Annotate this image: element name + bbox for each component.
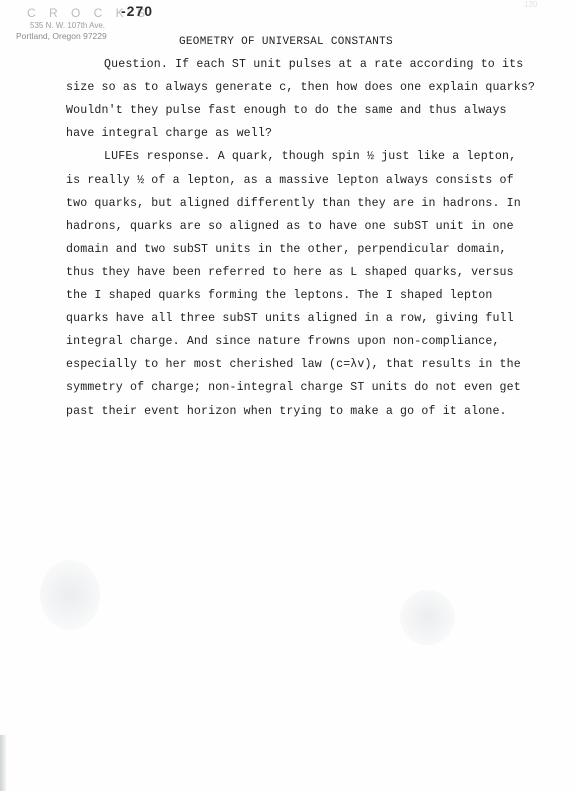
stamp-address-city: Portland, Oregon 97229 [16, 31, 107, 41]
text-line: size so as to always generate c, then ho… [66, 81, 535, 94]
text-line: past their event horizon when trying to … [66, 405, 507, 418]
scan-edge-shadow [0, 735, 6, 791]
corner-page-mark: 120 [524, 0, 537, 9]
text-line: integral charge. And since nature frowns… [66, 335, 500, 348]
document-title: GEOMETRY OF UNIVERSAL CONSTANTS [179, 36, 393, 48]
text-line: two quarks, but aligned differently than… [66, 197, 521, 210]
scan-smudge [40, 560, 100, 630]
document-page: C R O C K S -270 535 N. W. 107th Ave. Po… [0, 0, 575, 791]
text-line: Wouldn't they pulse fast enough to do th… [66, 104, 507, 117]
stamp-page-number: -270 [121, 3, 153, 19]
stamp-address-street: 535 N. W. 107th Ave. [30, 21, 105, 30]
text-line: symmetry of charge; non-integral charge … [66, 381, 521, 394]
text-line: thus they have been referred to here as … [66, 266, 514, 279]
text-line: especially to her most cherished law (c=… [66, 358, 521, 371]
scan-smudge [400, 590, 455, 645]
text-line: have integral charge as well? [66, 127, 272, 140]
text-line: domain and two subST units in the other,… [66, 243, 507, 256]
text-line: the I shaped quarks forming the leptons.… [66, 289, 492, 302]
text-line: Question. If each ST unit pulses at a ra… [104, 58, 523, 71]
text-line: LUFEs response. A quark, though spin ½ j… [104, 150, 516, 163]
text-line: quarks have all three subST units aligne… [66, 312, 514, 325]
text-line: hadrons, quarks are so aligned as to hav… [66, 220, 514, 233]
text-line: is really ½ of a lepton, as a massive le… [66, 174, 514, 187]
